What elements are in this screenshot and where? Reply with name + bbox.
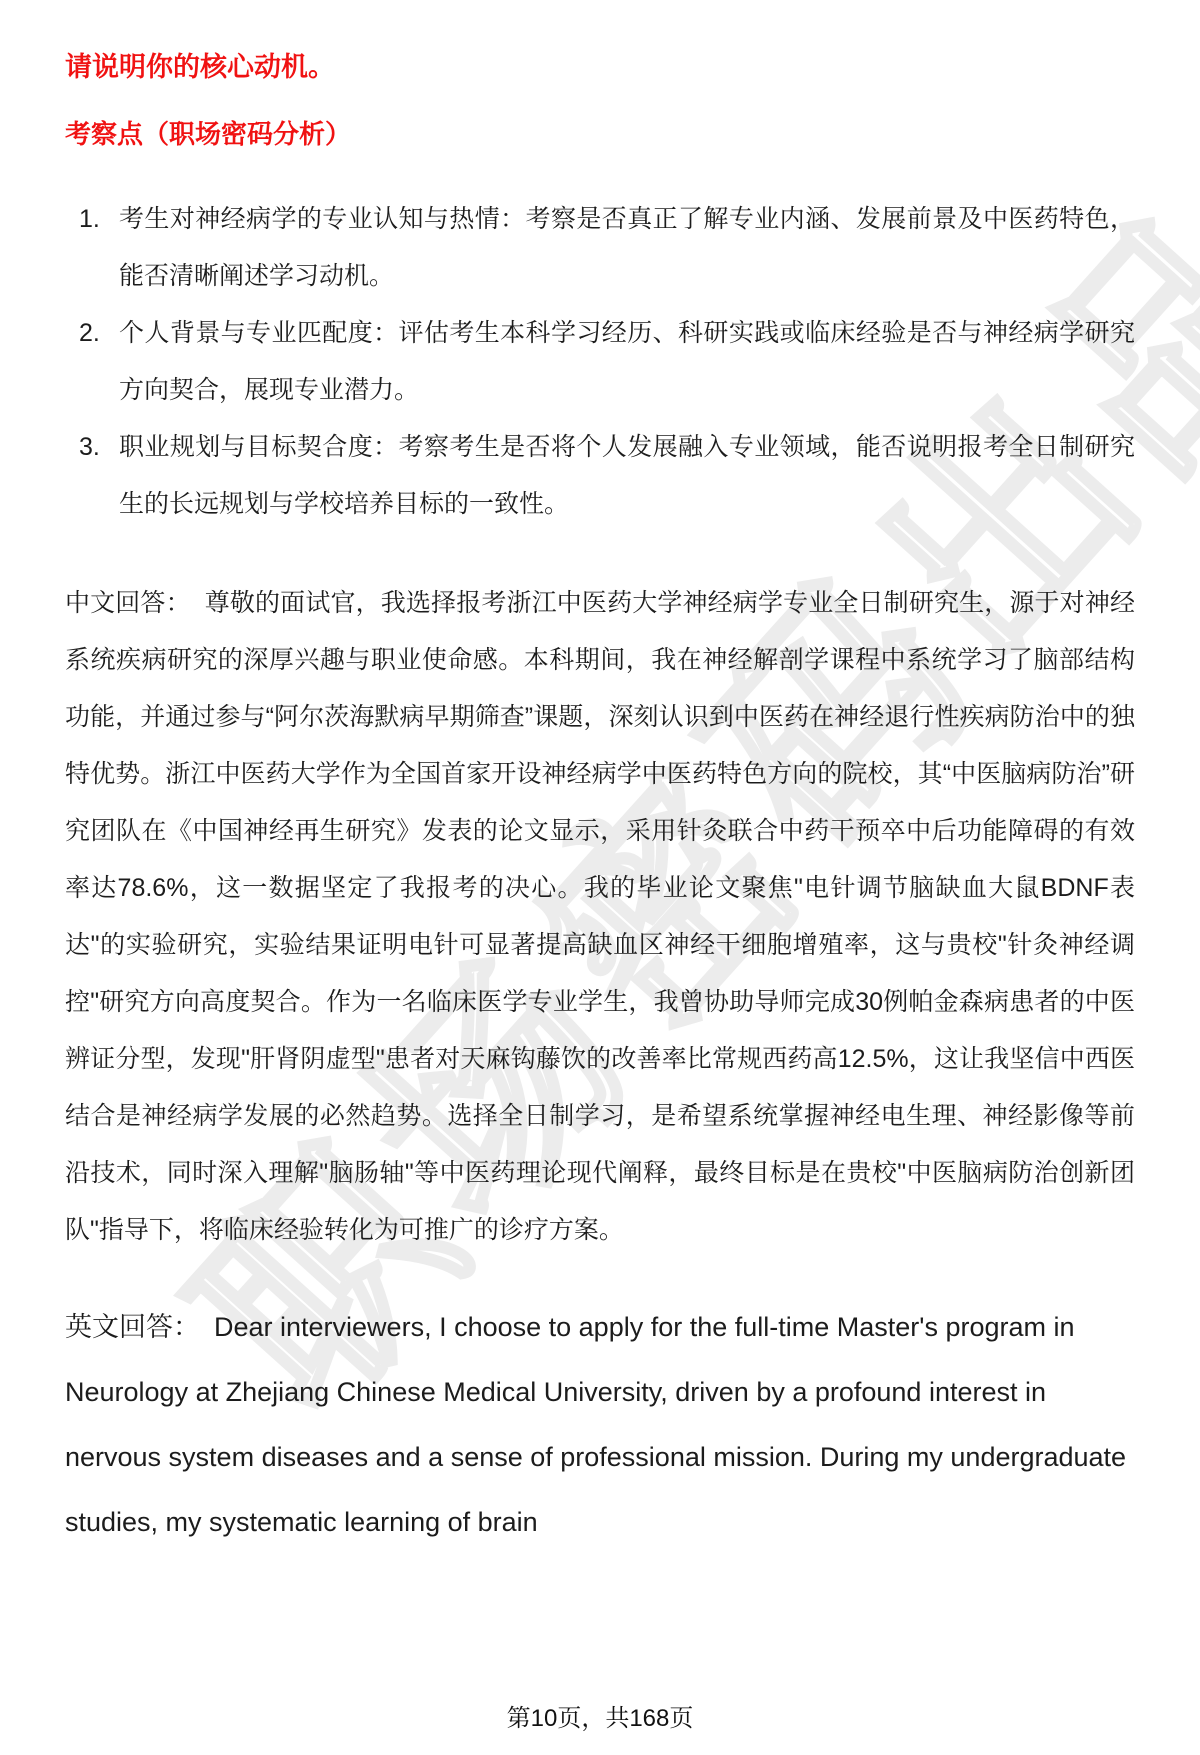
chinese-answer-text: 尊敬的面试官，我选择报考浙江中医药大学神经病学专业全日制研究生，源于对神经系统疾… [65, 589, 1135, 1244]
document-page: 职场密码出品 请说明你的核心动机。 考察点（职场密码分析） 1. 考生对神经病学… [0, 0, 1200, 1755]
assessment-point-1: 1. 考生对神经病学的专业认知与热情：考察是否真正了解专业内涵、发展前景及中医药… [79, 191, 1135, 305]
english-answer-paragraph: 英文回答：Dear interviewers, I choose to appl… [65, 1295, 1135, 1555]
chinese-answer-label: 中文回答： [65, 589, 191, 617]
assessment-point-3: 3. 职业规划与目标契合度：考察考生是否将个人发展融入专业领域，能否说明报考全日… [79, 419, 1135, 533]
english-answer-label: 英文回答： [65, 1312, 200, 1342]
page-content: 请说明你的核心动机。 考察点（职场密码分析） 1. 考生对神经病学的专业认知与热… [0, 50, 1200, 1555]
assessment-points-list: 1. 考生对神经病学的专业认知与热情：考察是否真正了解专业内涵、发展前景及中医药… [65, 191, 1135, 533]
section-title: 考察点（职场密码分析） [65, 118, 1135, 151]
assessment-point-text: 个人背景与专业匹配度：评估考生本科学习经历、科研实践或临床经验是否与神经病学研究… [119, 305, 1135, 419]
assessment-point-text: 职业规划与目标契合度：考察考生是否将个人发展融入专业领域，能否说明报考全日制研究… [119, 419, 1135, 533]
english-answer-text: Dear interviewers, I choose to apply for… [65, 1312, 1126, 1537]
assessment-point-text: 考生对神经病学的专业认知与热情：考察是否真正了解专业内涵、发展前景及中医药特色，… [119, 191, 1135, 305]
chinese-answer-paragraph: 中文回答：尊敬的面试官，我选择报考浙江中医药大学神经病学专业全日制研究生，源于对… [65, 575, 1135, 1259]
list-number: 1. [79, 191, 119, 305]
list-number: 2. [79, 305, 119, 419]
list-number: 3. [79, 419, 119, 533]
page-number-footer: 第10页，共168页 [0, 1698, 1200, 1733]
assessment-point-2: 2. 个人背景与专业匹配度：评估考生本科学习经历、科研实践或临床经验是否与神经病… [79, 305, 1135, 419]
question-title: 请说明你的核心动机。 [65, 50, 1135, 84]
